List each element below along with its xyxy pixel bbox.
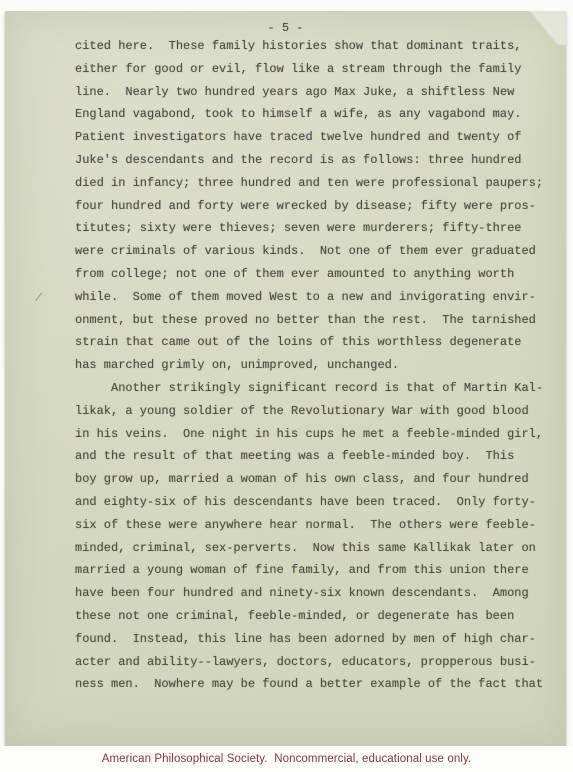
footer-band: American Philosophical Society. Noncomme… xyxy=(0,746,573,772)
margin-pencil-mark: / xyxy=(34,291,43,306)
document-scan: - 5 - cited here. These family histories… xyxy=(0,0,573,772)
paragraph-juke-family: cited here. These family histories show … xyxy=(75,35,555,377)
page-number: - 5 - xyxy=(5,21,566,35)
document-page: - 5 - cited here. These family histories… xyxy=(5,11,566,746)
footer-credit: American Philosophical Society. Noncomme… xyxy=(102,753,472,765)
paragraph-kallikak-family: Another strikingly significant record is… xyxy=(75,377,555,696)
